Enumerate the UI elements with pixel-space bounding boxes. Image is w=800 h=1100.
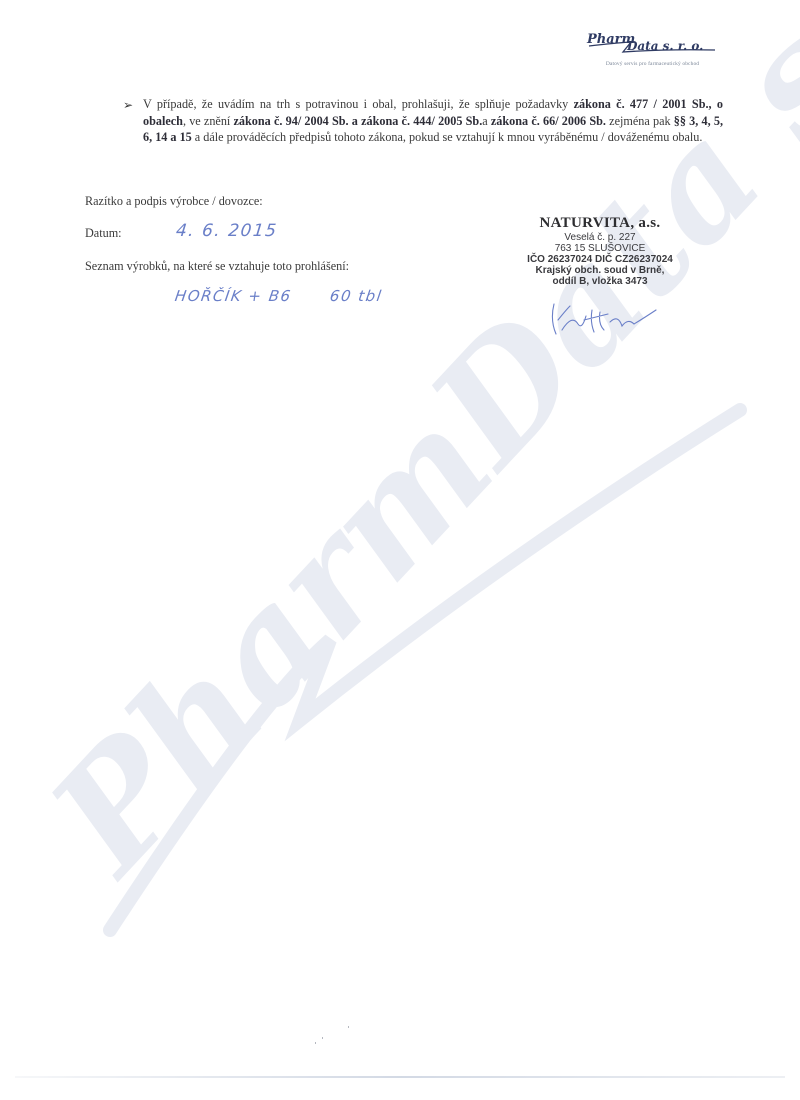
stamp-tax-ids: IČO 26237024 DIČ CZ26237024 xyxy=(490,254,710,265)
declaration-text: , ve znění xyxy=(183,114,234,128)
date-label: Datum: xyxy=(85,226,122,241)
declaration-text: a xyxy=(482,114,491,128)
product-name: HOŘČÍK + B6 xyxy=(174,287,293,305)
scan-speck xyxy=(322,1037,323,1039)
stamp-company-name: NATURVITA, a.s. xyxy=(490,215,710,232)
stamp-court-registry: Krajský obch. soud v Brně, xyxy=(490,265,710,276)
declaration-paragraph: V případě, že uvádím na trh s potravinou… xyxy=(143,96,723,146)
date-value: 4. 6. 2015 xyxy=(175,221,279,241)
legal-reference: zákona č. 94/ 2004 Sb. a zákona č. 444/ … xyxy=(234,114,483,128)
stamp-signature-label: Razítko a podpis výrobce / dovozce: xyxy=(85,194,263,209)
handwritten-signature xyxy=(548,300,668,340)
stamp-address-street: Veselá č. p. 227 xyxy=(490,232,710,243)
products-label: Seznam výrobků, na které se vztahuje tot… xyxy=(85,259,349,274)
declaration-text: V případě, že uvádím na trh s potravinou… xyxy=(143,97,574,111)
arrow-bullet-icon: ➢ xyxy=(123,98,133,113)
stamp-address-city: 763 15 SLUŠOVICE xyxy=(490,243,710,254)
logo-brand-bottom: Data s. r. o. xyxy=(626,39,703,53)
legal-reference: zákona č. 66/ 2006 Sb. xyxy=(491,114,606,128)
declaration-text: a dále prováděcích předpisů tohoto zákon… xyxy=(192,130,703,144)
product-quantity: 60 tbl xyxy=(329,287,384,305)
page-edge xyxy=(15,1076,785,1078)
scan-speck xyxy=(348,1026,349,1028)
company-stamp: NATURVITA, a.s. Veselá č. p. 227 763 15 … xyxy=(490,215,710,287)
scan-speck xyxy=(315,1042,316,1044)
logo-tagline: Datový servis pro farmaceutický obchod xyxy=(585,61,720,67)
pharmdata-logo: Pharm Data s. r. o. Datový servis pro fa… xyxy=(585,30,720,74)
stamp-registry-section: oddíl B, vložka 3473 xyxy=(490,276,710,287)
declaration-text: zejména pak xyxy=(606,114,674,128)
watermark: PharmData s. r. o. xyxy=(0,0,800,1100)
